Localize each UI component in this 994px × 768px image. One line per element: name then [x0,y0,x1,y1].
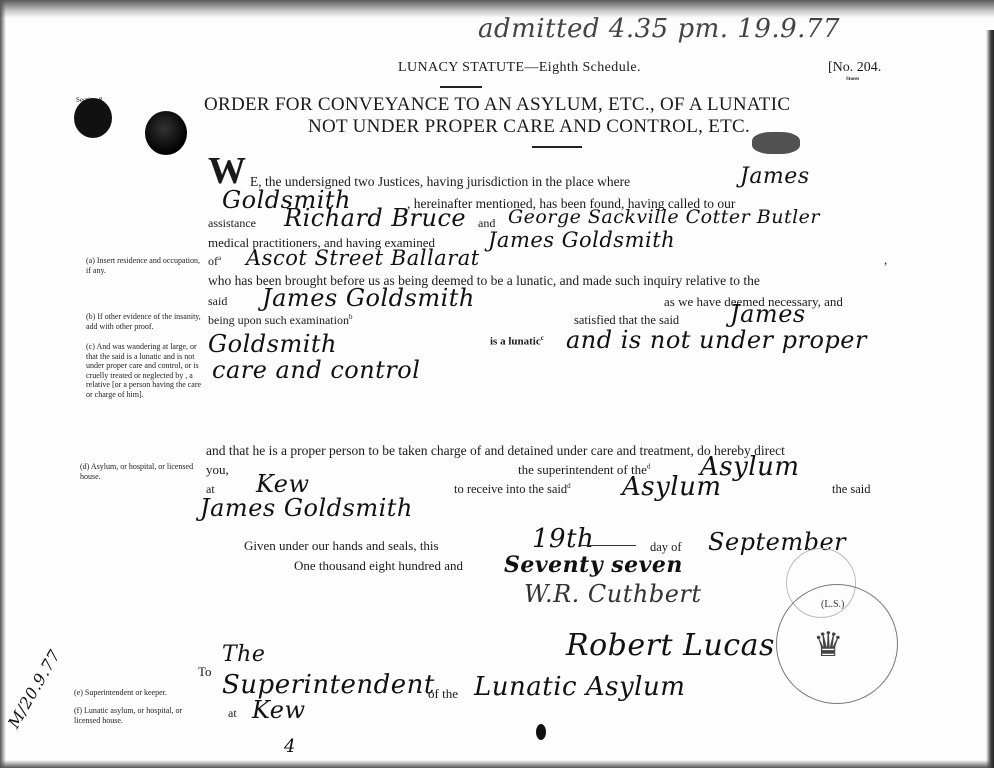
asylum-name-2: Asylum [622,472,722,502]
margin-note-c: (c) And was wandering at large, or that … [86,342,204,399]
patient-name-1: James Goldsmith [488,228,675,252]
patient-name-2: James Goldsmith [262,284,475,312]
margin-note-b: (b) If other evidence of the insanity, a… [86,312,204,331]
title-line-1: ORDER FOR CONVEYANCE TO AN ASYLUM, ETC.,… [204,94,790,116]
margin-note-a: (a) Insert residence and occupation, if … [86,256,204,275]
ink-dot [536,724,546,740]
condition-text-2: care and control [212,356,420,384]
at-label-2: at [228,706,237,721]
lunatic-text: is a lunatic [490,336,541,348]
scan-edge-left [0,0,6,768]
practitioner-2: George Sackville Cotter Butler [508,206,820,228]
day-underline [580,545,636,546]
footnote-a: a [218,254,221,262]
document-page: admitted 4.35 pm. 19.9.77 LUNACY STATUTE… [0,0,994,768]
comma: , [884,252,887,268]
asylum-address: Lunatic Asylum [474,672,685,702]
signature-justice-2: Robert Lucas [566,628,775,663]
title-line-2: NOT UNDER PROPER CARE AND CONTROL, ETC. [308,116,750,138]
ink-smudge [752,132,800,154]
practitioner-1: Richard Bruce [284,204,466,232]
footnote-d: d [647,463,651,471]
margin-note-f: (f) Lunatic asylum, or hospital, or lice… [74,706,194,725]
receive-label: to receive into the saidd [454,482,571,497]
crown-icon: ♛ [813,625,843,665]
of-text: of [208,254,218,268]
title-rule [532,146,582,148]
given-label: Given under our hands and seals, this [244,538,439,554]
ink-blot [74,98,112,138]
you-label: you, [206,462,229,478]
condition-text: and is not under proper [566,326,867,354]
to-label: To [198,664,212,680]
of-label: ofa [208,254,221,269]
margin-note-e: (e) Superintendent or keeper. [74,688,194,698]
form-number-sub: Stores [846,77,859,82]
seal-stamp: (L.S.) ♛ [776,584,898,704]
drop-cap: W [208,152,246,190]
examination-label: being upon such examinationb [208,313,352,328]
said-label: said [208,294,227,309]
year: Seventy seven [504,552,683,578]
the-said-label: the said [832,482,871,497]
scan-edge-right [986,30,994,768]
scan-edge-bottom [0,760,994,768]
footnote-c: c [541,334,544,342]
margin-note-d: (d) Asylum, or hospital, or licensed hou… [80,462,198,481]
lunatic-label: is a lunaticc [490,334,544,348]
form-number: [No. 204. [828,60,881,76]
seal-label: (L.S.) [821,599,844,610]
body-line-11: and that he is a proper person to be tak… [206,443,785,459]
patient-name-3: James Goldsmith [200,494,413,522]
header-rule [440,86,482,88]
admission-annotation: admitted 4.35 pm. 19.9.77 [478,14,840,44]
signature-justice-1: W.R. Cuthbert [524,580,702,608]
ink-blot-round [145,111,187,155]
footnote-b: b [349,313,353,321]
bottom-mark: 4 [284,736,296,757]
patient-first-name: James [730,300,806,328]
residence: Ascot Street Ballarat [246,246,480,270]
assistance-label: assistance [208,216,256,231]
year-label: One thousand eight hundred and [294,558,463,574]
to-the: The [222,642,265,667]
margin-annotation: M/20.9.77 [4,646,64,731]
handwritten-name: James [740,164,810,189]
address-location: Kew [252,696,306,724]
of-the-label: of the [428,686,458,702]
receive-text: to receive into the said [454,482,567,496]
examination-text: being upon such examination [208,313,349,327]
footnote-d2: d [567,482,571,490]
given-day: 19th [532,524,594,554]
statute-line: LUNACY STATUTE—Eighth Schedule. [398,60,641,76]
patient-surname: Goldsmith [208,330,337,358]
